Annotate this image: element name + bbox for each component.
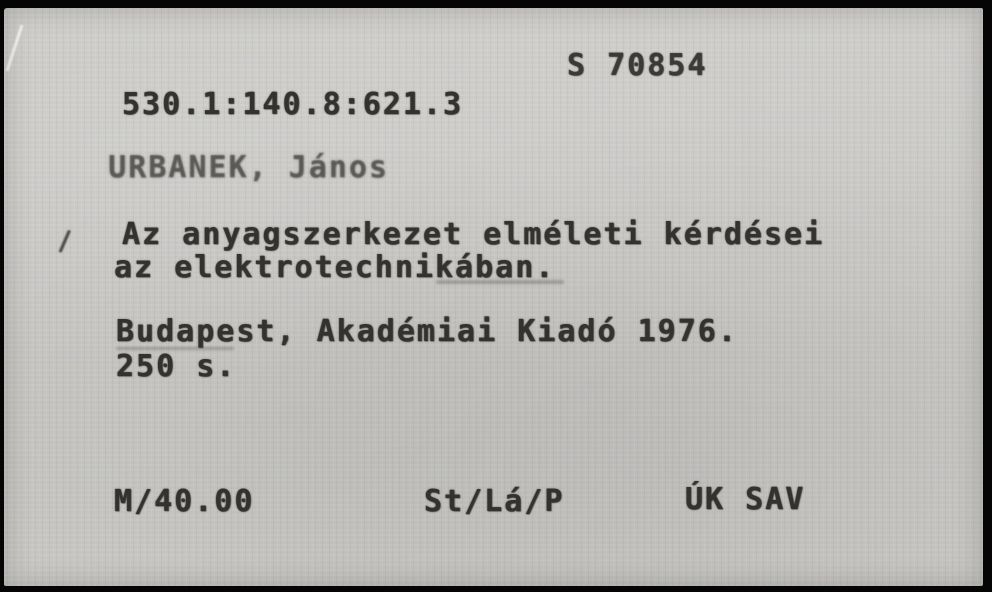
title-line-2: az elektrotechnikában. <box>114 250 555 285</box>
scan-scratch <box>6 25 24 72</box>
classification-number: 530.1:140.8:621.3 <box>122 87 463 122</box>
handwritten-margin-mark: / <box>58 226 72 258</box>
catalog-card-paper: S 70854 530.1:140.8:621.3 URBANEK, János… <box>4 8 983 586</box>
scanned-catalog-card: S 70854 530.1:140.8:621.3 URBANEK, János… <box>0 0 992 592</box>
imprint-line: Budapest, Akadémiai Kiadó 1976. <box>116 314 738 349</box>
title-line-1: Az anyagszerkezet elméleti kérdései <box>122 217 824 252</box>
accession-number: S 70854 <box>567 48 707 83</box>
price-code: M/40.00 <box>114 484 254 519</box>
pagination-line: 250 s. <box>116 349 236 384</box>
processing-code: St/Lá/P <box>424 484 564 519</box>
library-stamp: ÚK SAV <box>685 482 805 517</box>
author-heading: URBANEK, János <box>108 150 389 185</box>
